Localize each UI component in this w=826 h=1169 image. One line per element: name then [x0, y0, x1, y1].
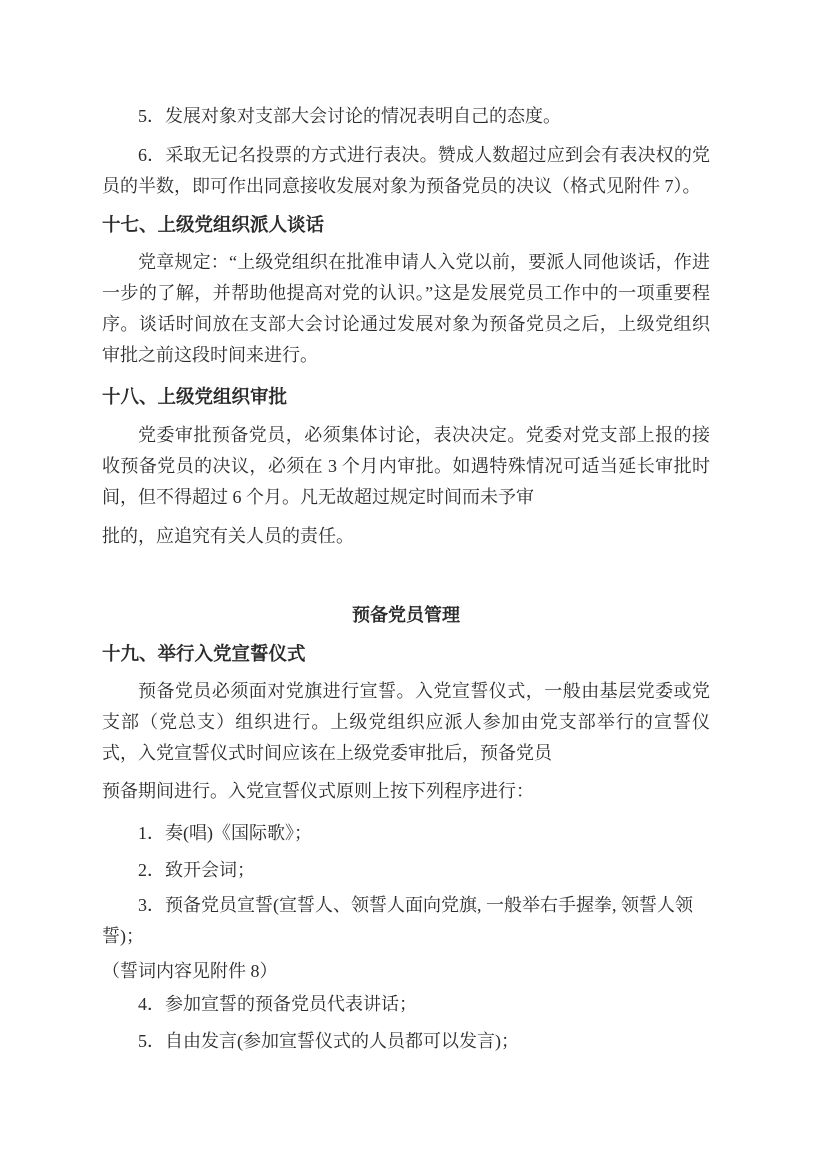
chapter-title: 预备党员管理 [102, 600, 710, 631]
ceremony-step-4: 4．参加宣誓的预备党员代表讲话； [102, 989, 710, 1020]
section-heading-18: 十八、上级党组织审批 [102, 381, 710, 412]
paragraph-17: 党章规定：“上级党组织在批准申请人入党以前，要派人同他谈话，作进一步的了解，并帮… [102, 247, 710, 371]
oath-attachment-note: （誓词内容见附件 8） [102, 956, 710, 987]
paragraph-18: 党委审批预备党员，必须集体讨论，表决决定。党委对党支部上报的接收预备党员的决议，… [102, 420, 710, 513]
list-item-6: 6．采取无记名投票的方式进行表决。赞成人数超过应到会有表决权的党员的半数，即可作… [102, 140, 710, 202]
paragraph-18-cont: 批的，应追究有关人员的责任。 [102, 521, 710, 552]
paragraph-19: 预备党员必须面对党旗进行宣誓。入党宣誓仪式，一般由基层党委或党支部（党总支）组织… [102, 676, 710, 769]
section-heading-19: 十九、举行入党宣誓仪式 [102, 638, 710, 669]
document-body: 5．发展对象对支部大会讨论的情况表明自己的态度。 6．采取无记名投票的方式进行表… [102, 101, 710, 1057]
ceremony-step-3: 3．预备党员宣誓(宣誓人、领誓人面向党旗, 一般举右手握拳, 领誓人领誓)； [102, 890, 710, 952]
ceremony-step-2: 2．致开会词； [102, 855, 710, 886]
section-heading-17: 十七、上级党组织派人谈话 [102, 209, 710, 240]
list-item-5: 5．发展对象对支部大会讨论的情况表明自己的态度。 [102, 101, 710, 132]
document-page: 5．发展对象对支部大会讨论的情况表明自己的态度。 6．采取无记名投票的方式进行表… [0, 0, 826, 1169]
ceremony-step-5: 5．自由发言(参加宣誓仪式的人员都可以发言)； [102, 1026, 710, 1057]
paragraph-19-cont: 预备期间进行。入党宣誓仪式原则上按下列程序进行： [102, 776, 710, 807]
ceremony-step-1: 1．奏(唱)《国际歌》； [102, 818, 710, 849]
